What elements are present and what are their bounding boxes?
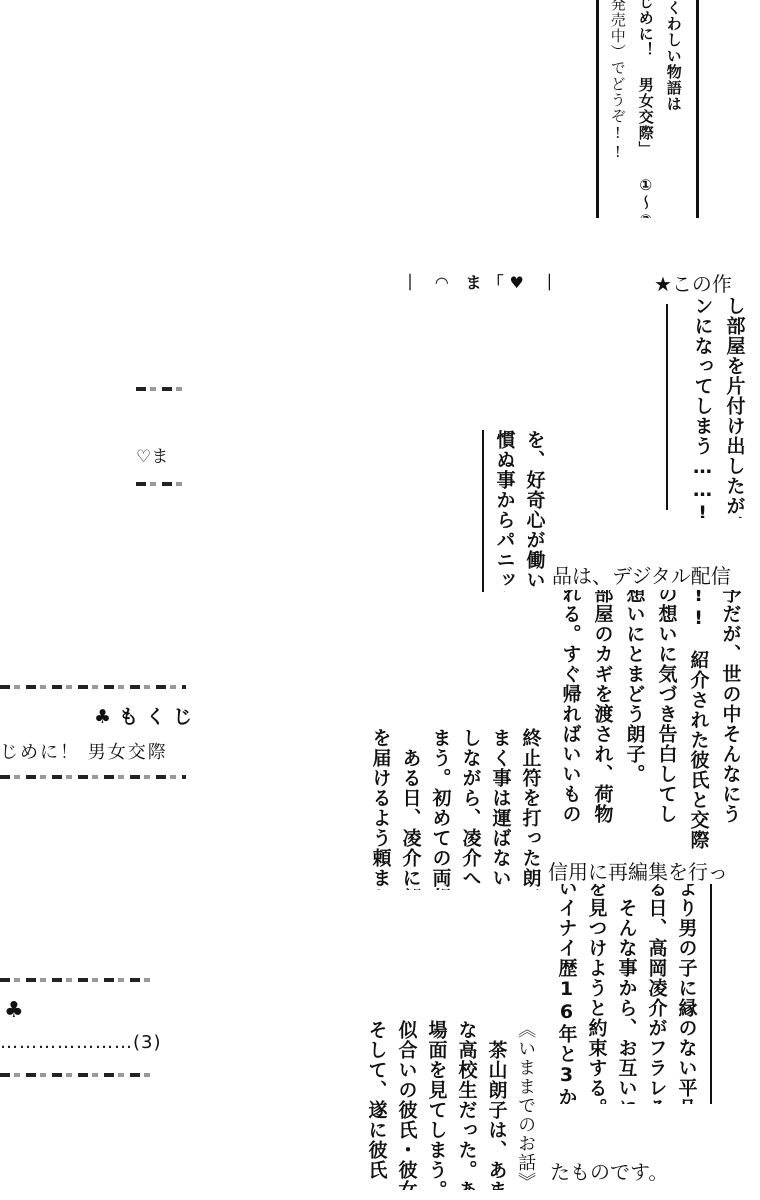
decorative-border [0,1073,152,1077]
story-heading: 《いままでのお話》 [512,1020,538,1190]
story-column: 部屋のカギを渡され、荷物 [588,590,616,824]
toc-entry: じめに！ 男女交際 [0,738,168,764]
digital-notice-line-4: たものです。 [550,1156,668,1185]
decorative-border [0,685,186,689]
story-column: 想いにとまどう朗子。 [620,590,648,784]
story-fragment-lower-right: より男の子に縁のない平凡 る日、高岡凌介がフラレる そんな事から、お互いに を見… [548,884,718,1104]
decorative-border [0,775,186,779]
story-column: の想いに気づき告白してし [652,590,680,824]
notice-border-left [596,0,599,218]
story-column: そんな事から、お互いに [612,884,640,1104]
digital-notice-line-2: 品は、デジタル配信 [552,560,731,589]
story-column: し部屋を片付け出したが、 [720,296,748,518]
decorative-border [136,482,184,486]
notice-column: 発売中）でどうぞ!! [606,0,628,162]
story-column: を見つけようと約束する。 [582,884,610,1104]
club-mark: ♣ [4,998,24,1023]
story-divider [482,430,484,592]
story-column: 場面を見てしまう。 [422,1020,450,1190]
story-column: !! 紹介された彼氏と交際 [684,590,712,850]
story-divider [666,304,668,510]
notice-border-right [696,0,699,218]
story-column: ある日、凌介に部 [396,728,424,890]
story-column: 予だが、世の中そんなにう [716,590,744,824]
story-fragment-top-right: し部屋を片付け出したが、 ンになってしまう……!! [660,296,760,518]
decorative-border [0,978,152,982]
title-marks: ｜ ◠ ま「♥ ｜ [402,270,563,293]
digital-notice-line-1: ★この作 [654,268,732,297]
story-column: な高校生だった。あ [452,1020,480,1190]
notice-column: くわしい物語は [662,0,684,112]
story-column: 茶山朗子は、あま [482,1020,510,1190]
toc-title: ♣もくじ [94,702,200,729]
story-column: 慣ぬ事からパニック [490,430,518,592]
decorative-border [136,387,184,391]
heart-label: ♡ま [136,442,168,467]
story-column: れる。すぐ帰ればいいもの [556,590,584,824]
story-column: しながら、凌介への [456,728,484,890]
story-column: ンになってしまう……!! [688,296,716,518]
story-column: まう。初めての両想 [426,728,454,890]
story-column: る日、高岡凌介がフラレる [642,884,670,1104]
story-fragment-middle: 予だが、世の中そんなにう !! 紹介された彼氏と交際 の想いに気づき告白してし … [548,590,760,858]
story-fragment-lower-left: 終止符を打った朗子 まく事は運ばない!? しながら、凌介への まう。初めての両想… [364,728,554,890]
series-notice-box: くわしい物語は じめに！ 男女交際」 ①〜② 発売中）でどうぞ!! [596,0,700,218]
story-column: そして、遂に彼氏 [364,1020,390,1180]
story-column: を届けるよう頼まれ [366,728,394,890]
notice-column: じめに！ 男女交際」 ①〜② [634,0,656,218]
digital-notice-line-3: 信用に再編集を行っ [548,856,728,885]
story-column: いイナイ歴16年と3か月に [552,884,580,1104]
story-column: より男の子に縁のない平凡 [672,884,700,1104]
story-column: を、好奇心が働いて [520,430,548,592]
story-fragment-mid-left: を、好奇心が働いて 慣ぬ事からパニック [480,430,550,592]
story-column: まく事は運ばない!? [486,728,514,890]
toc-page-reference: …………………(3) [0,1032,162,1053]
story-fragment-bottom: 《いままでのお話》 茶山朗子は、あま な高校生だった。あ 場面を見てしまう。 似… [364,1020,544,1190]
story-column: 似合いの彼氏・彼女 [392,1020,420,1190]
story-divider [710,884,712,1104]
story-column: 終止符を打った朗子 [516,728,544,890]
